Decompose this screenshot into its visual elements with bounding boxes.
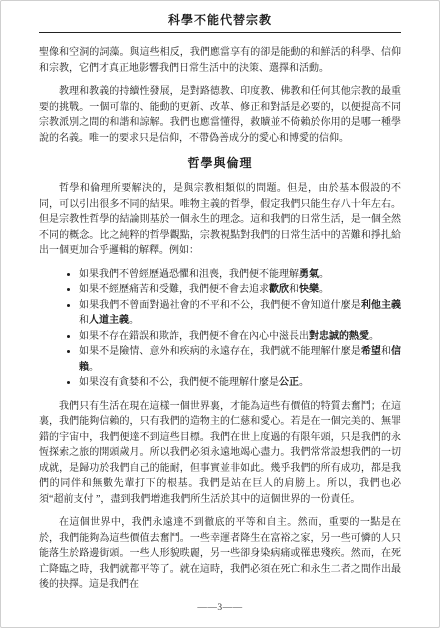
paragraph-continuation: 聖像和空洞的詞藻。與這些相反，我們應當享有的卻是能動的和鮮活的科學、信仰和宗教，… — [39, 45, 401, 76]
paragraph-religion-development: 教理和教義的持續性發展，是對路德教、印度教、佛教和任何其他宗教的最重要的挑戰。一… — [39, 84, 401, 146]
bullet-item: 如果我們不曾面對過社會的不平和不公，我們便不會知道什麼是利他主義和人道主義。 — [79, 298, 401, 329]
bullet-text: 和 — [381, 346, 391, 357]
bullet-text-bold: 快樂 — [299, 284, 319, 295]
bullet-item: 如果不是險情、意外和疾病的永遠存在，我們就不能理解什麼是希望和信賴。 — [79, 344, 401, 375]
bullet-list: 如果我們不曾經歷過恐懼和沮喪，我們便不能理解勇氣。如果不經歷痛苦和受難，我們便不… — [63, 267, 401, 391]
bullet-item: 如果我們不曾經歷過恐懼和沮喪，我們便不能理解勇氣。 — [79, 267, 401, 283]
bullet-item: 如果沒有貪婪和不公，我們便不能理解什麼是公正。 — [79, 375, 401, 391]
page-header: 科學不能代替宗教 — [1, 1, 439, 33]
bullet-text: 如果不存在錯誤和欺詐，我們便不會在內心中滋長出 — [79, 331, 309, 342]
bullet-text-bold: 希望 — [361, 346, 381, 357]
paragraph-equality: 在這個世界中，我們永遠達不到徹底的平等和自主。然而，重要的一點是在於，我們能夠為… — [39, 515, 401, 593]
bullet-text-bold: 勇氣 — [299, 269, 319, 280]
paragraph-philosophy-intro: 哲學和倫理所要解決的，是與宗教相類似的問題。但是，由於基本假設的不同，可以引出很… — [39, 181, 401, 259]
bullet-text: 。 — [319, 284, 329, 295]
bullet-text: 。 — [319, 269, 329, 280]
bullet-text: 如果沒有貪婪和不公，我們便不能理解什麼是 — [79, 377, 279, 388]
bullet-text: 和 — [79, 315, 89, 326]
bullet-text: 如果我們不曾面對過社會的不平和不公，我們便不會知道什麼是 — [79, 300, 361, 311]
bullet-text-bold: 利他主義 — [361, 300, 401, 311]
bullet-item: 如果不存在錯誤和欺詐，我們便不會在內心中滋長出對忠誠的熱愛。 — [79, 329, 401, 345]
bullet-text: 如果我們不曾經歷過恐懼和沮喪，我們便不能理解 — [79, 269, 299, 280]
bullet-item: 如果不經歷痛苦和受難，我們便不會去追求歡欣和快樂。 — [79, 282, 401, 298]
bullet-text: 。 — [369, 331, 379, 342]
section-heading-philosophy-ethics: 哲學與倫理 — [39, 156, 401, 171]
bullet-text: 。 — [89, 362, 99, 373]
bullet-text-bold: 公正 — [279, 377, 299, 388]
bullet-text-bold: 人道主義 — [89, 315, 129, 326]
bullet-text: 和 — [289, 284, 299, 295]
bullet-text: 如果不是險情、意外和疾病的永遠存在，我們就不能理解什麼是 — [79, 346, 361, 357]
page-number: ——3—— — [197, 603, 242, 613]
bullet-text-bold: 歡欣 — [269, 284, 289, 295]
bullet-text-bold: 對忠誠的熱愛 — [309, 331, 369, 342]
bullet-text: 。 — [299, 377, 309, 388]
paragraph-world-values: 我們只有生活在現在這樣一個世界裏，才能為這些有價值的特質去奮鬥；在這裏，我們能夠… — [39, 399, 401, 508]
document-page: 科學不能代替宗教 聖像和空洞的詞藻。與這些相反，我們應當享有的卻是能動的和鮮活的… — [0, 0, 440, 628]
page-body: 聖像和空洞的詞藻。與這些相反，我們應當享有的卻是能動的和鮮活的科學、信仰和宗教，… — [1, 33, 439, 593]
page-header-title: 科學不能代替宗教 — [1, 13, 439, 27]
bullet-text: 如果不經歷痛苦和受難，我們便不會去追求 — [79, 284, 269, 295]
page-footer: ——3—— — [1, 603, 439, 613]
bullet-text: 。 — [129, 315, 139, 326]
